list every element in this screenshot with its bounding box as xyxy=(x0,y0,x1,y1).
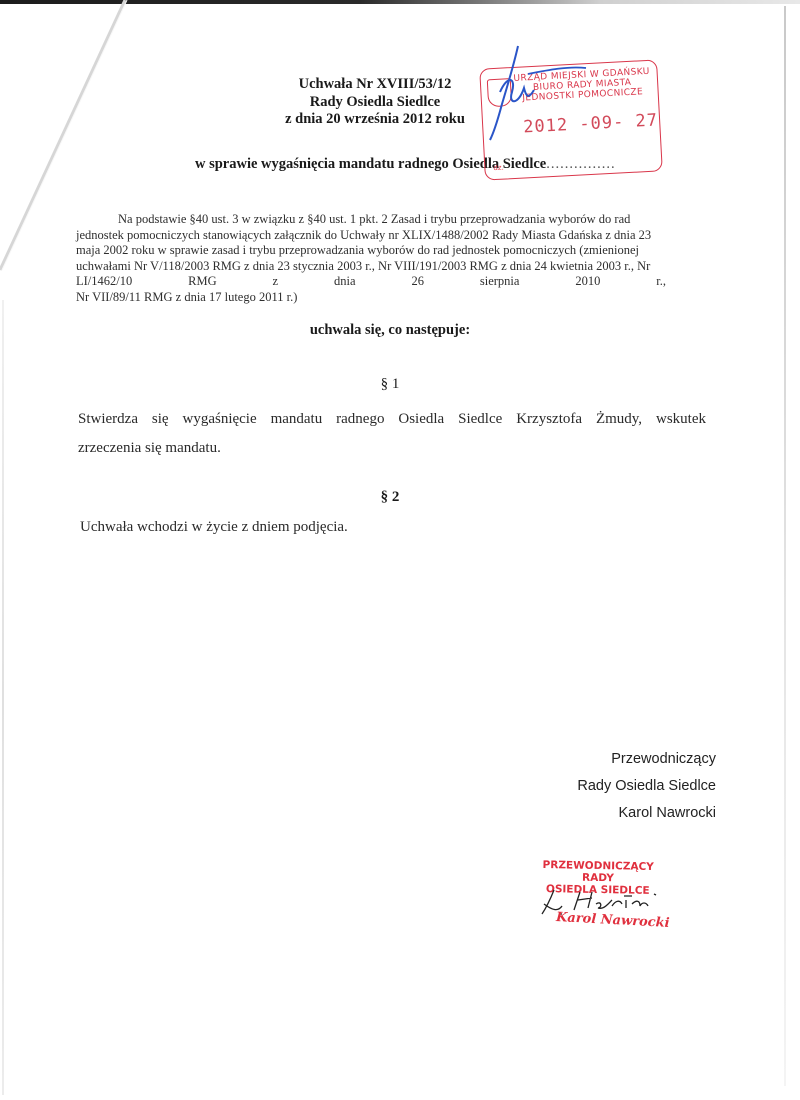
preamble-line: Na podstawie §40 ust. 3 w związku z §40 … xyxy=(76,212,708,228)
resolution-number: Uchwała Nr XVIII/53/12 xyxy=(260,76,490,94)
council-name: Rady Osiedla Siedlce xyxy=(260,94,490,112)
resolves-heading: uchwala się, co następuje: xyxy=(0,322,780,339)
scan-top-edge xyxy=(0,0,800,4)
preamble-word: z xyxy=(273,274,279,290)
preamble-line: maja 2002 roku w sprawie zasad i trybu p… xyxy=(76,243,708,259)
preamble-word: 26 xyxy=(411,274,424,290)
paragraph-1-line: zrzeczenia się mandatu. xyxy=(78,440,221,456)
stamp-initials: dz. xyxy=(493,164,504,173)
preamble-line: Nr VII/89/11 RMG z dnia 17 lutego 2011 r… xyxy=(76,290,708,306)
resolution-date: z dnia 20 września 2012 roku xyxy=(260,111,490,129)
signatory-body: Rady Osiedla Siedlce xyxy=(577,773,716,800)
preamble-word: dnia xyxy=(334,274,356,290)
signatory-role: Przewodniczący xyxy=(577,746,716,773)
paragraph-2-heading: § 2 xyxy=(0,489,780,506)
preamble-word: RMG xyxy=(188,274,216,290)
paragraph-1-text: Stwierdza się wygaśnięcie mandatu radneg… xyxy=(78,405,706,463)
preamble-line-spread: LI/1462/10 RMG z dnia 26 sierpnia 2010 r… xyxy=(76,274,666,290)
preamble-word: LI/1462/10 xyxy=(76,274,132,290)
chairman-stamp-line: PRZEWODNICZĄCY RADY xyxy=(528,859,668,885)
preamble-word: 2010 xyxy=(575,274,600,290)
preamble-word: sierpnia xyxy=(480,274,520,290)
blue-handwritten-initial-icon xyxy=(478,44,588,144)
resolution-header: Uchwała Nr XVIII/53/12 Rady Osiedla Sied… xyxy=(260,76,490,129)
paragraph-1-heading: § 1 xyxy=(0,376,780,393)
paragraph-2-text: Uchwała wchodzi w życie z dniem podjęcia… xyxy=(80,519,348,536)
scan-right-edge xyxy=(784,6,786,1086)
legal-basis-preamble: Na podstawie §40 ust. 3 w związku z §40 … xyxy=(76,212,708,306)
signatory-name: Karol Nawrocki xyxy=(577,800,716,827)
preamble-line: jednostek pomocniczych stanowiących załą… xyxy=(76,228,708,244)
paragraph-1-line: Stwierdza się wygaśnięcie mandatu radneg… xyxy=(78,405,706,434)
scan-left-edge xyxy=(2,300,4,1095)
preamble-word: r., xyxy=(656,274,666,290)
signature-block: Przewodniczący Rady Osiedla Siedlce Karo… xyxy=(577,746,716,827)
preamble-line: uchwałami Nr V/118/2003 RMG z dnia 23 st… xyxy=(76,259,708,275)
